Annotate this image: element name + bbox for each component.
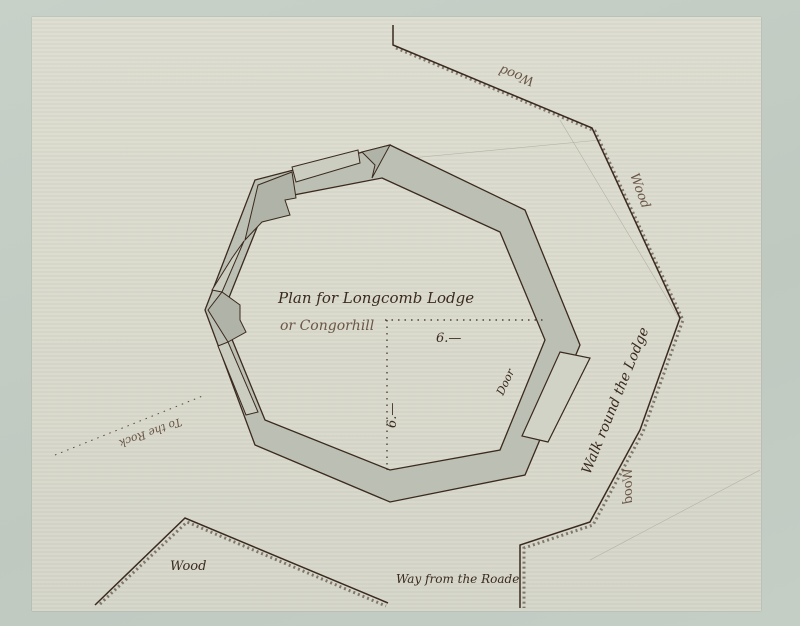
walk-label: Walk round the Lodge bbox=[579, 325, 653, 476]
wood-label-top: Wood bbox=[497, 62, 536, 89]
wood-label-right-upper: Wood bbox=[626, 171, 653, 210]
rock-label: To the Rock bbox=[117, 415, 184, 450]
wood-label-bottom-left: Wood bbox=[170, 559, 206, 574]
door-label: Door bbox=[494, 366, 518, 398]
plan-drawing: Plan for Longcomb Lodge or Congorhill 6.… bbox=[0, 0, 800, 626]
artwork-stage: Plan for Longcomb Lodge or Congorhill 6.… bbox=[0, 0, 800, 626]
dimension-label-horizontal: 6.— bbox=[436, 331, 461, 346]
road-label: Way from the Roade bbox=[396, 572, 519, 586]
pier-nw bbox=[245, 172, 296, 240]
wood-label-right-lower: Wood bbox=[621, 468, 636, 504]
wood-boundaries bbox=[95, 25, 683, 608]
wood-boundary-bottom-left bbox=[95, 518, 388, 605]
lodge-octagon bbox=[205, 145, 590, 502]
plan-title-line2: or Congorhill bbox=[280, 318, 374, 334]
dimension-label-vertical: 6.— bbox=[385, 403, 400, 428]
wood-scallops-bottom-left bbox=[100, 522, 386, 606]
plan-title-line1: Plan for Longcomb Lodge bbox=[277, 289, 474, 307]
